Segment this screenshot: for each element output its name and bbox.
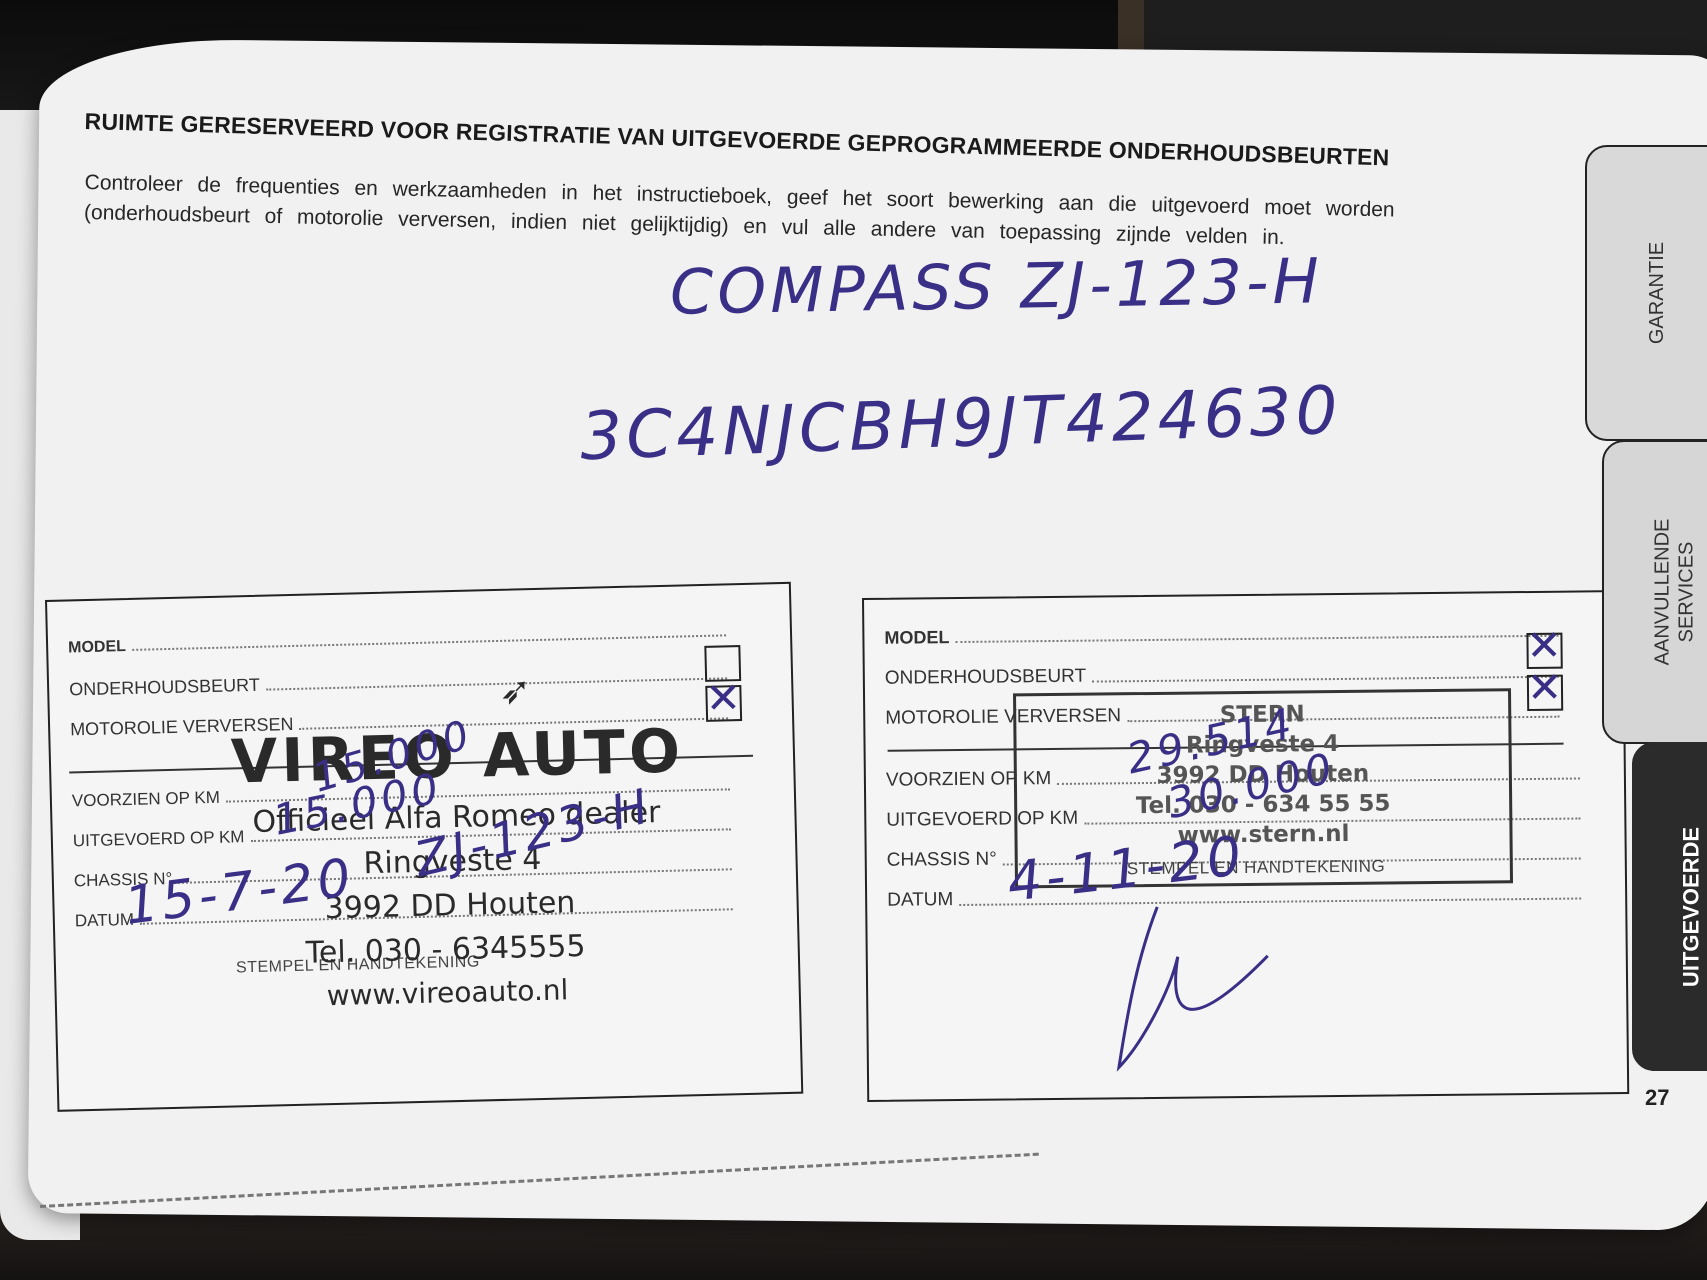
field-model: MODEL xyxy=(884,621,1562,649)
service-entry-1: MODEL ONDERHOUDSBEURT MOTOROLIE VERVERSE… xyxy=(45,582,803,1112)
tab-garantie[interactable]: GARANTIE xyxy=(1585,145,1707,441)
field-model: MODEL xyxy=(68,623,730,657)
service-entry-2: MODEL ONDERHOUDSBEURT MOTOROLIE VERVERSE… xyxy=(862,590,1629,1102)
field-onderhoudsbeurt: ONDERHOUDSBEURT xyxy=(885,661,1563,690)
tab-label: UITGEVOERDE ONDERHOUDSBEURTEN xyxy=(1680,774,1707,1039)
tab-aanvullende-services[interactable]: AANVULLENDE SERVICES xyxy=(1602,440,1707,744)
label-model: MODEL xyxy=(68,638,126,657)
label-datum: DATUM xyxy=(887,889,953,912)
label-voorzien: VOORZIEN OP KM xyxy=(72,788,220,812)
label-onderhoudsbeurt: ONDERHOUDSBEURT xyxy=(885,666,1087,690)
bird-icon: ➶ xyxy=(499,668,532,714)
stamp-line: www.vireoauto.nl xyxy=(326,973,568,1012)
checkbox-motorolie[interactable] xyxy=(1527,675,1563,711)
signature xyxy=(1097,895,1319,1097)
label-model: MODEL xyxy=(884,627,949,649)
tab-uitgevoerde-onderhoudsbeurten[interactable]: UITGEVOERDE ONDERHOUDSBEURTEN xyxy=(1632,742,1707,1071)
tab-label: AANVULLENDE SERVICES xyxy=(1650,519,1698,666)
label-uitgevoerd: UITGEVOERD OP KM xyxy=(73,827,245,851)
label-chassis: CHASSIS N° xyxy=(887,849,997,872)
handwritten-model-plate: COMPASS ZJ-123-H xyxy=(669,244,1323,328)
tab-label: GARANTIE xyxy=(1645,242,1669,344)
stamp-line: Tel. 030 - 6345555 xyxy=(305,929,586,971)
page-number: 27 xyxy=(1645,1085,1669,1111)
stamp-line: 3992 DD Houten xyxy=(324,885,576,926)
